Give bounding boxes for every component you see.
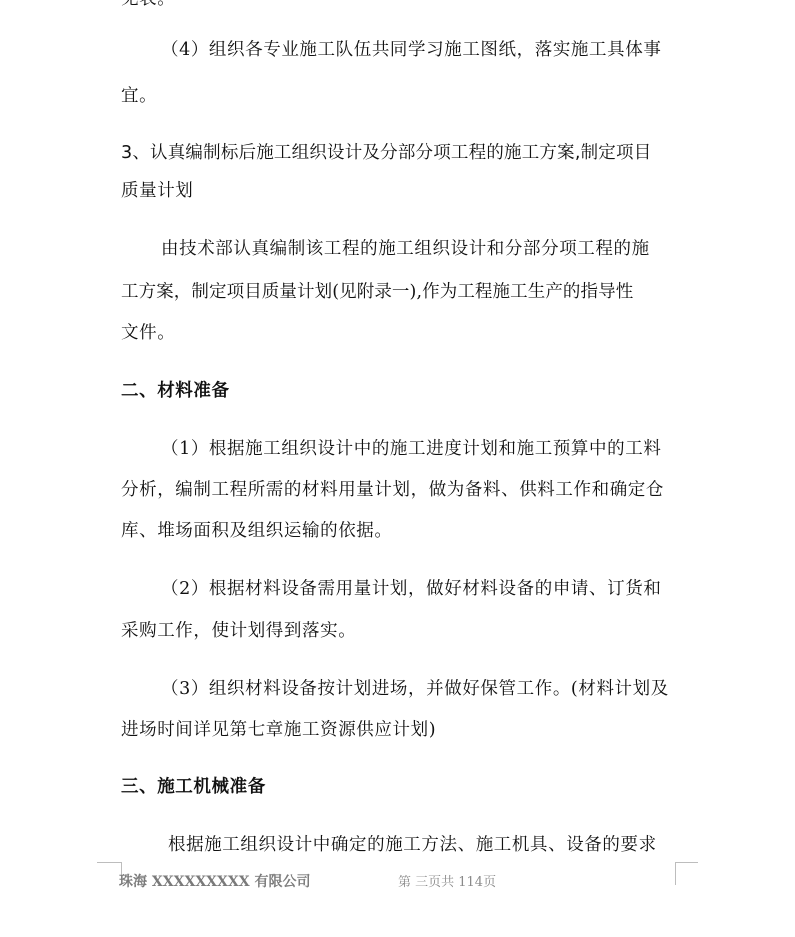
section3-title-line2: 质量计划 — [121, 180, 681, 202]
crop-mark-left-horizontal — [97, 862, 121, 863]
document-page: 见表。 （4）组织各专业施工队伍共同学习施工图纸，落实施工具体事 宜。 3、认真… — [0, 0, 795, 937]
section3-para-line1: 由技术部认真编制该工程的施工组织设计和分部分项工程的施 — [161, 238, 721, 260]
footer-company-name: 珠海 XXXXXXXXX 有限公司 — [119, 873, 311, 891]
machinery-para-line1: 根据施工组织设计中确定的施工方法、施工机具、设备的要求 — [168, 834, 728, 856]
item4-line2: 宜。 — [121, 85, 681, 107]
crop-mark-right-horizontal — [675, 862, 698, 863]
heading-materials: 二、材料准备 — [121, 380, 681, 402]
materials-item2-line1: （2）根据材料设备需用量计划，做好材料设备的申请、订货和 — [161, 578, 721, 600]
materials-item1-line3: 库、堆场面积及组织运输的依据。 — [121, 520, 681, 542]
crop-mark-right-vertical — [675, 862, 676, 885]
footer-page-number: 第 三页共 114页 — [398, 874, 496, 891]
materials-item1-line2: 分析，编制工程所需的材料用量计划，做为备料、供料工作和确定仓 — [121, 479, 681, 501]
section3-para-line3: 文件。 — [121, 322, 681, 344]
section3-title-line1: 3、认真编制标后施工组织设计及分部分项工程的施工方案,制定项目 — [121, 142, 681, 164]
cut-off-text-line: 见表。 — [121, 0, 681, 10]
materials-item3-line2: 进场时间详见第七章施工资源供应计划) — [121, 719, 681, 741]
heading-machinery: 三、施工机械准备 — [121, 776, 681, 798]
section3-para-line2: 工方案，制定项目质量计划(见附录一),作为工程施工生产的指导性 — [121, 281, 681, 303]
materials-item3-line1: （3）组织材料设备按计划进场，并做好保管工作。(材料计划及 — [161, 678, 721, 700]
materials-item1-line1: （1）根据施工组织设计中的施工进度计划和施工预算中的工料 — [161, 438, 721, 460]
item4-line1: （4）组织各专业施工队伍共同学习施工图纸，落实施工具体事 — [161, 39, 721, 61]
materials-item2-line2: 采购工作，使计划得到落实。 — [121, 620, 681, 642]
